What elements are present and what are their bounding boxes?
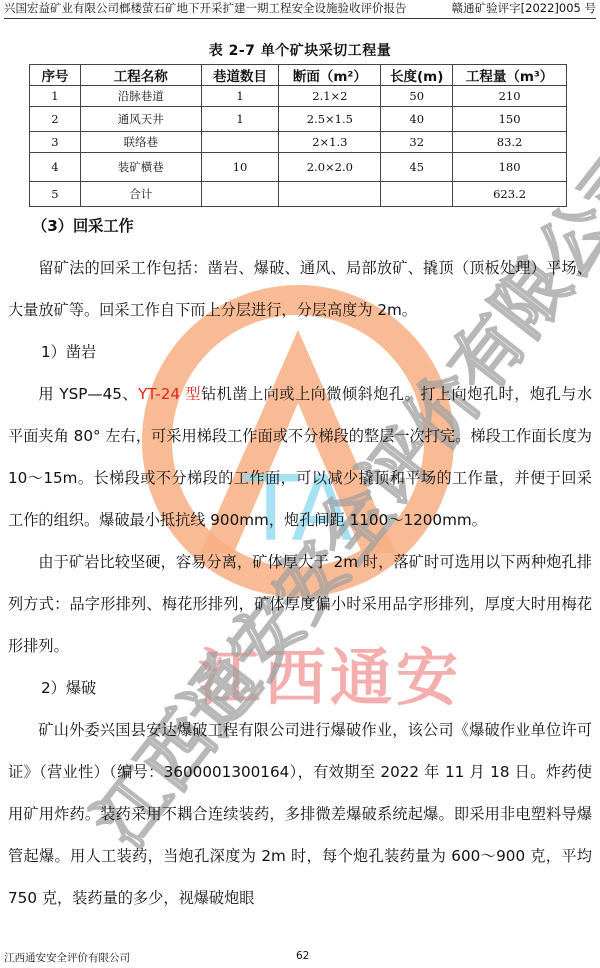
cell-no: 3 (30, 132, 81, 153)
cell-section: 2×1.3 (279, 132, 381, 153)
cell-length (381, 182, 453, 207)
col-header-count: 巷道数目 (201, 65, 279, 86)
col-header-length: 长度(m) (381, 65, 453, 86)
doc-number: 赣通矿验评字[2022]005 号 (452, 0, 596, 18)
cell-name: 合计 (80, 182, 201, 207)
paragraph-blasting: 矿山外委兴国县安达爆破工程有限公司进行爆破作业，该公司《爆破作业单位许可证》（营… (8, 709, 592, 919)
cell-volume: 623.2 (453, 182, 567, 207)
table-caption: 表 2-7 单个矿块采切工程量 (0, 40, 600, 60)
cell-no: 4 (30, 153, 81, 182)
col-header-section: 断面（m²） (279, 65, 381, 86)
table-row-total: 5 合计 623.2 (30, 182, 567, 207)
cell-volume: 83.2 (453, 132, 567, 153)
subheading-blasting: 2）爆破 (8, 667, 592, 709)
cell-length: 32 (381, 132, 453, 153)
col-header-no: 序号 (30, 65, 81, 86)
cell-section: 2.1×2 (279, 86, 381, 107)
footer-company: 江西通安安全评价有限公司 (4, 950, 130, 965)
cell-count (201, 132, 279, 153)
page-number: 62 (296, 950, 309, 962)
table-row: 4 装矿横巷 10 2.0×2.0 45 180 (30, 153, 567, 182)
mining-block-table: 序号 工程名称 巷道数目 断面（m²） 长度(m) 工程量（m³） 1 沿脉巷道… (29, 64, 567, 207)
col-header-volume: 工程量（m³） (453, 65, 567, 86)
cell-count (201, 182, 279, 207)
cell-length: 45 (381, 153, 453, 182)
cell-count: 1 (201, 107, 279, 132)
subheading-drilling: 1）凿岩 (8, 331, 592, 373)
cell-length: 40 (381, 107, 453, 132)
table-row: 3 联络巷 2×1.3 32 83.2 (30, 132, 567, 153)
cell-no: 1 (30, 86, 81, 107)
cell-volume: 210 (453, 86, 567, 107)
cell-length: 50 (381, 86, 453, 107)
cell-section: 2.0×2.0 (279, 153, 381, 182)
table-row: 2 通风天井 1 2.5×1.5 40 150 (30, 107, 567, 132)
cell-section: 2.5×1.5 (279, 107, 381, 132)
cell-count: 1 (201, 86, 279, 107)
cell-name: 通风天井 (80, 107, 201, 132)
cell-volume: 180 (453, 153, 567, 182)
cell-name: 沿脉巷道 (80, 86, 201, 107)
highlighted-drill-model: YT-24 型 (138, 385, 201, 403)
cell-no: 5 (30, 182, 81, 207)
table-header-row: 序号 工程名称 巷道数目 断面（m²） 长度(m) 工程量（m³） (30, 65, 567, 86)
document-body: （3）回采工作 留矿法的回采工作包括：凿岩、爆破、通风、局部放矿、撬顶（顶板处理… (8, 205, 592, 919)
paragraph-hole-layout: 由于矿岩比较坚硬，容易分离，矿体厚大于 2m 时，落矿时可选用以下两种炮孔排列方… (8, 541, 592, 667)
text-post: 钻机凿上向或上向微倾斜炮孔。打上向炮孔时，炮孔与水平面夹角 80° 左右，可采用… (8, 385, 592, 529)
col-header-name: 工程名称 (80, 65, 201, 86)
cell-volume: 150 (453, 107, 567, 132)
text-pre: 用 YSP—45、 (38, 385, 138, 403)
page-footer: 江西通安安全评价有限公司 62 (4, 950, 596, 966)
cell-count: 10 (201, 153, 279, 182)
page-header: 兴国宏益矿业有限公司榔楼萤石矿地下开采扩建一期工程安全设施验收评价报告 赣通矿验… (4, 0, 596, 19)
cell-name: 装矿横巷 (80, 153, 201, 182)
report-title: 兴国宏益矿业有限公司榔楼萤石矿地下开采扩建一期工程安全设施验收评价报告 (4, 0, 407, 18)
paragraph-overview: 留矿法的回采工作包括：凿岩、爆破、通风、局部放矿、撬顶（顶板处理）平场、大量放矿… (8, 247, 592, 331)
cell-section (279, 182, 381, 207)
cell-no: 2 (30, 107, 81, 132)
paragraph-drilling: 用 YSP—45、YT-24 型钻机凿上向或上向微倾斜炮孔。打上向炮孔时，炮孔与… (8, 373, 592, 541)
cell-name: 联络巷 (80, 132, 201, 153)
section-title: （3）回采工作 (8, 205, 592, 247)
table-row: 1 沿脉巷道 1 2.1×2 50 210 (30, 86, 567, 107)
